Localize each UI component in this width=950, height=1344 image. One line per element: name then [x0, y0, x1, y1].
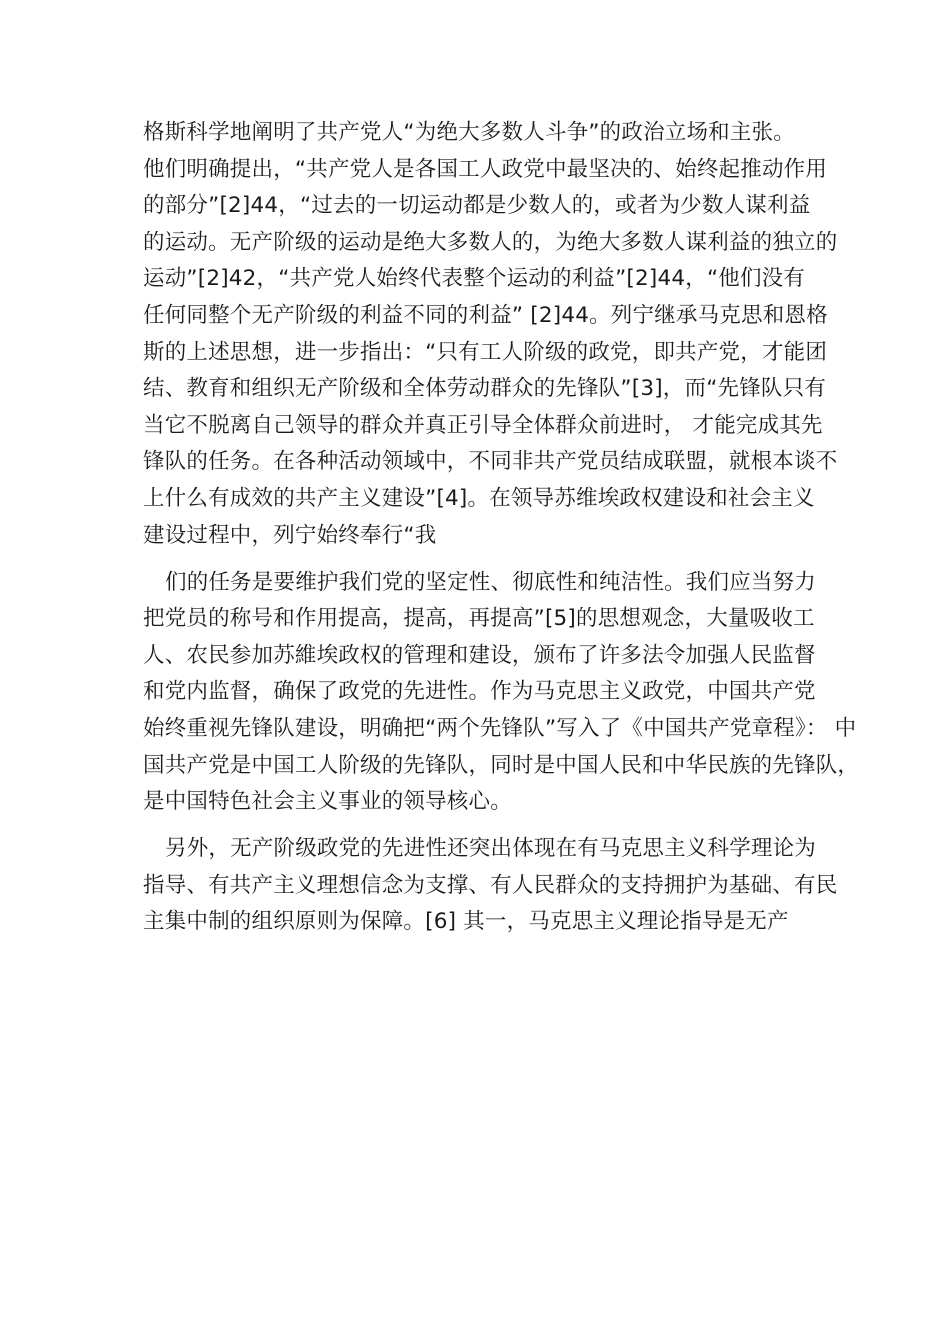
text-line: 主集中制的组织原则为保障。[6] 其一，马克思主义理论指导是无产 — [143, 904, 823, 941]
text-line: 国共产党是中国工人阶级的先锋队，同时是中国人民和中华民族的先锋队， — [143, 748, 823, 785]
text-line: 指导、有共产主义理想信念为支撑、有人民群众的支持拥护为基础、有民 — [143, 868, 823, 905]
paragraph-3: 另外，无产阶级政党的先进性还突出体现在有马克思主义科学理论为 指导、有共产主义理… — [143, 831, 823, 941]
text-line: 当它不脱离自己领导的群众并真正引导全体群众前进时， 才能完成其先 — [143, 408, 823, 445]
document-page: 格斯科学地阐明了共产党人“为绝大多数人斗争”的政治立场和主张。 他们明确提出，“… — [0, 0, 950, 1344]
text-line: 他们明确提出，“共产党人是各国工人政党中最坚决的、始终起推动作用 — [143, 152, 823, 189]
text-line: 任何同整个无产阶级的利益不同的利益” [2]44。列宁继承马克思和恩格 — [143, 298, 823, 335]
text-line: 另外，无产阶级政党的先进性还突出体现在有马克思主义科学理论为 — [143, 831, 823, 868]
text-line: 人、农民参加苏維埃政权的管理和建设，颁布了许多法令加强人民监督 — [143, 638, 823, 675]
text-line: 运动”[2]42，“共产党人始终代表整个运动的利益”[2]44，“他们没有 — [143, 261, 823, 298]
paragraph-spacing — [143, 554, 823, 565]
paragraph-2: 们的任务是要维护我们党的坚定性、彻底性和纯洁性。我们应当努力 把党员的称号和作用… — [143, 565, 823, 821]
text-line: 和党内监督，确保了政党的先进性。作为马克思主义政党，中国共产党 — [143, 674, 823, 711]
text-line: 的运动。无产阶级的运动是绝大多数人的，为绝大多数人谋利益的独立的 — [143, 225, 823, 262]
text-line: 们的任务是要维护我们党的坚定性、彻底性和纯洁性。我们应当努力 — [143, 565, 823, 602]
text-line: 是中国特色社会主义事业的领导核心。 — [143, 784, 823, 821]
text-line: 上什么有成效的共产主义建设”[4]。在领导苏维埃政权建设和社会主义 — [143, 481, 823, 518]
text-line: 的部分”[2]44，“过去的一切运动都是少数人的，或者为少数人谋利益 — [143, 188, 823, 225]
document-body: 格斯科学地阐明了共产党人“为绝大多数人斗争”的政治立场和主张。 他们明确提出，“… — [143, 115, 823, 941]
text-line: 斯的上述思想，进一步指出：“只有工人阶级的政党，即共产党，才能团 — [143, 335, 823, 372]
text-line: 建设过程中，列宁始终奉行“我 — [143, 518, 823, 555]
text-line: 格斯科学地阐明了共产党人“为绝大多数人斗争”的政治立场和主张。 — [143, 115, 823, 152]
paragraph-spacing — [143, 821, 823, 832]
text-line: 结、教育和组织无产阶级和全体劳动群众的先锋队”[3]，而“先锋队只有 — [143, 371, 823, 408]
text-line: 锋队的任务。在各种活动领域中，不同非共产党员结成联盟，就根本谈不 — [143, 444, 823, 481]
paragraph-1: 格斯科学地阐明了共产党人“为绝大多数人斗争”的政治立场和主张。 他们明确提出，“… — [143, 115, 823, 554]
text-line: 把党员的称号和作用提高，提高，再提高”[5]的思想观念，大量吸收工 — [143, 601, 823, 638]
text-line: 始终重视先锋队建设，明确把“两个先锋队”写入了《中国共产党章程》： 中 — [143, 711, 823, 748]
